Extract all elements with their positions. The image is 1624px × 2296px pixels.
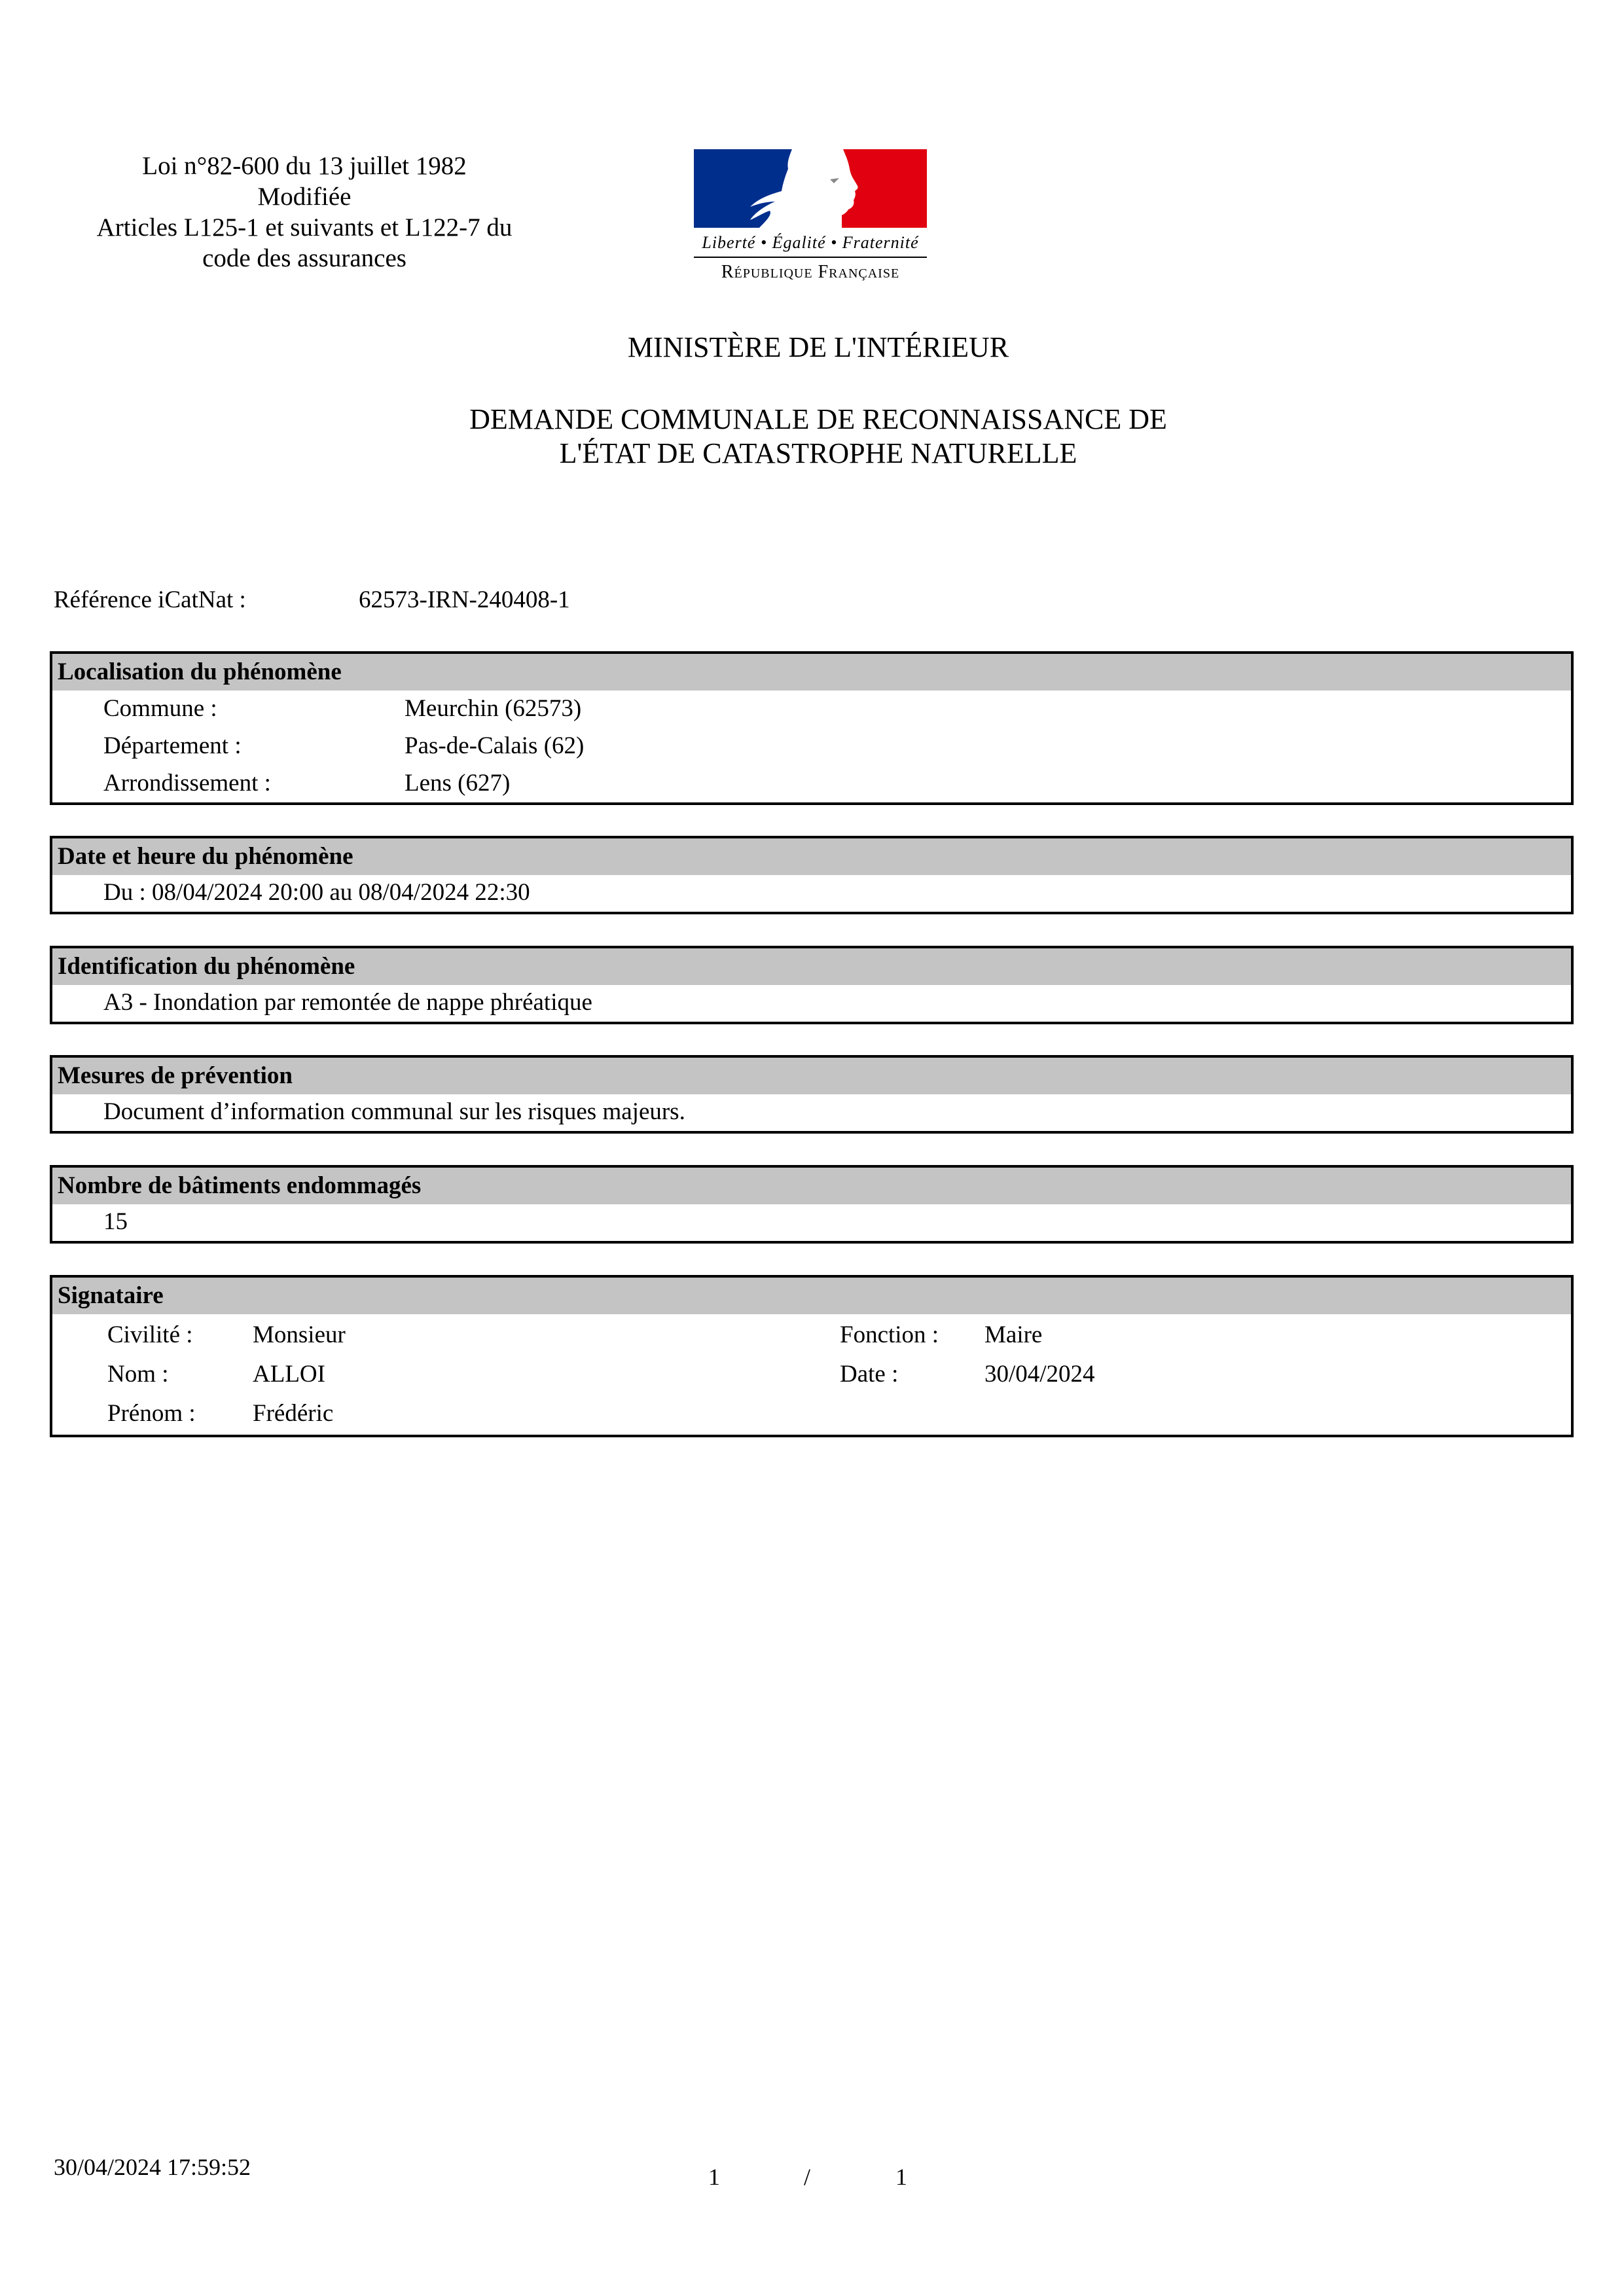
reference-value: 62573-IRN-240408-1 <box>359 586 570 614</box>
row-arrondissement: Arrondissement : Lens (627) <box>52 765 1571 802</box>
section-title: Mesures de prévention <box>52 1058 1571 1094</box>
section-title: Localisation du phénomène <box>52 654 1571 691</box>
phenomenon-type: A3 - Inondation par remontée de nappe ph… <box>52 985 1571 1022</box>
republique-francaise-logo: Liberté • Égalité • Fraternité Républiqu… <box>694 149 929 290</box>
logo-divider <box>694 257 927 258</box>
reference-label: Référence iCatNat : <box>54 586 246 614</box>
section-title: Date et heure du phénomène <box>52 838 1571 875</box>
section-title: Nombre de bâtiments endommagés <box>52 1168 1571 1204</box>
section-damaged-buildings: Nombre de bâtiments endommagés 15 <box>50 1165 1574 1244</box>
section-date: Date et heure du phénomène Du : 08/04/20… <box>50 836 1574 914</box>
section-signataire: Signataire Civilité : Monsieur Fonction … <box>50 1275 1574 1437</box>
page-separator: / <box>804 2163 810 2191</box>
prevention-measures: Document d’information communal sur les … <box>52 1094 1571 1131</box>
republic-motto: Liberté • Égalité • Fraternité <box>694 233 927 253</box>
ministry-name: MINISTÈRE DE L'INTÉRIEUR <box>393 331 1244 364</box>
republic-name: République Française <box>694 262 927 283</box>
row-commune: Commune : Meurchin (62573) <box>52 691 1571 728</box>
section-title: Identification du phénomène <box>52 948 1571 985</box>
section-localisation: Localisation du phénomène Commune : Meur… <box>50 651 1574 805</box>
page-total: 1 <box>895 2163 907 2191</box>
page-current: 1 <box>708 2163 720 2191</box>
section-title: Signataire <box>52 1278 1571 1314</box>
row-nom-date: Nom : ALLOI Date : 30/04/2024 <box>52 1355 1571 1394</box>
section-prevention: Mesures de prévention Document d’informa… <box>50 1055 1574 1134</box>
row-departement: Département : Pas-de-Calais (62) <box>52 728 1571 765</box>
print-timestamp: 30/04/2024 17:59:52 <box>54 2153 251 2181</box>
date-range: Du : 08/04/2024 20:00 au 08/04/2024 22:3… <box>52 875 1571 912</box>
section-identification: Identification du phénomène A3 - Inondat… <box>50 946 1574 1024</box>
row-civilite-fonction: Civilité : Monsieur Fonction : Maire <box>52 1316 1571 1355</box>
damaged-buildings-count: 15 <box>52 1204 1571 1241</box>
document-title: DEMANDE COMMUNALE DE RECONNAISSANCE DE L… <box>393 403 1244 471</box>
row-prenom: Prénom : Frédéric <box>52 1394 1571 1433</box>
marianne-logo-icon <box>694 149 927 228</box>
law-reference: Loi n°82-600 du 13 juillet 1982 Modifiée… <box>65 151 543 274</box>
